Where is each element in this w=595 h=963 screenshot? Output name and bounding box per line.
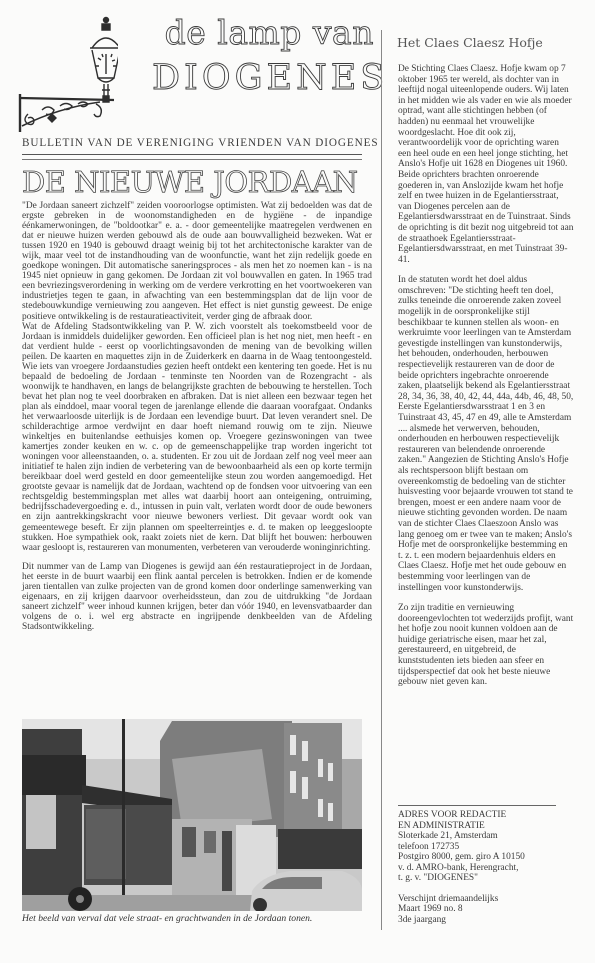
masthead-title-line2: DIOGENES bbox=[152, 58, 374, 98]
side-article-body: De Stichting Claes Claesz. Hofje kwam op… bbox=[398, 64, 574, 688]
main-paragraph-1: "De Jordaan saneert zichzelf" zeiden voo… bbox=[22, 201, 372, 322]
issue-frequency: Verschijnt driemaandelijks bbox=[398, 894, 578, 905]
colophon: ADRES VOOR REDACTIE EN ADMINISTRATIE Slo… bbox=[398, 810, 578, 925]
colophon-phone: telefoon 172735 bbox=[398, 842, 578, 853]
main-paragraph-2: Wat de Afdeling Stadsontwikkeling van P.… bbox=[22, 322, 372, 553]
street-photo-illustration bbox=[22, 719, 362, 911]
issue-date: Maart 1969 no. 8 bbox=[398, 904, 578, 915]
colophon-address: Sloterkade 21, Amsterdam bbox=[398, 831, 578, 842]
side-paragraph-2: In de statuten wordt het doel aldus omsc… bbox=[398, 275, 574, 593]
newsletter-page: de lamp van DIOGENES BULLETIN VAN DE VER… bbox=[0, 0, 595, 963]
colophon-bank: v. d. AMRO-bank, Herengracht, bbox=[398, 863, 578, 874]
street-lamp-icon bbox=[18, 14, 118, 132]
side-paragraph-3: Zo zijn traditie en vernieuwing dooreeng… bbox=[398, 603, 574, 688]
main-article-body: "De Jordaan saneert zichzelf" zeiden voo… bbox=[22, 201, 372, 632]
colophon-line: EN ADMINISTRATIE bbox=[398, 821, 578, 832]
colophon-giro: Postgiro 8000, gem. giro A 10150 bbox=[398, 852, 578, 863]
colophon-divider bbox=[398, 805, 556, 806]
column-divider bbox=[381, 30, 382, 930]
masthead-title-line1: de lamp van bbox=[164, 14, 374, 52]
side-paragraph-1: De Stichting Claes Claesz. Hofje kwam op… bbox=[398, 64, 574, 265]
street-photo bbox=[22, 719, 362, 911]
colophon-line: ADRES VOOR REDACTIE bbox=[398, 810, 578, 821]
main-paragraph-3: Dit nummer van de Lamp van Diogenes is g… bbox=[22, 562, 372, 632]
photo-caption: Het beeld van verval dat vele straat- en… bbox=[22, 913, 372, 924]
masthead-divider bbox=[22, 154, 362, 160]
masthead-subtitle: BULLETIN VAN DE VERENIGING VRIENDEN VAN … bbox=[22, 137, 372, 149]
colophon-attention: t. g. v. "DIOGENES" bbox=[398, 873, 578, 884]
issue-volume: 3de jaargang bbox=[398, 915, 578, 926]
side-article-title: Het Claes Claesz Hofje bbox=[397, 35, 587, 50]
main-headline: DE NIEUWE JORDAAN bbox=[22, 165, 362, 199]
